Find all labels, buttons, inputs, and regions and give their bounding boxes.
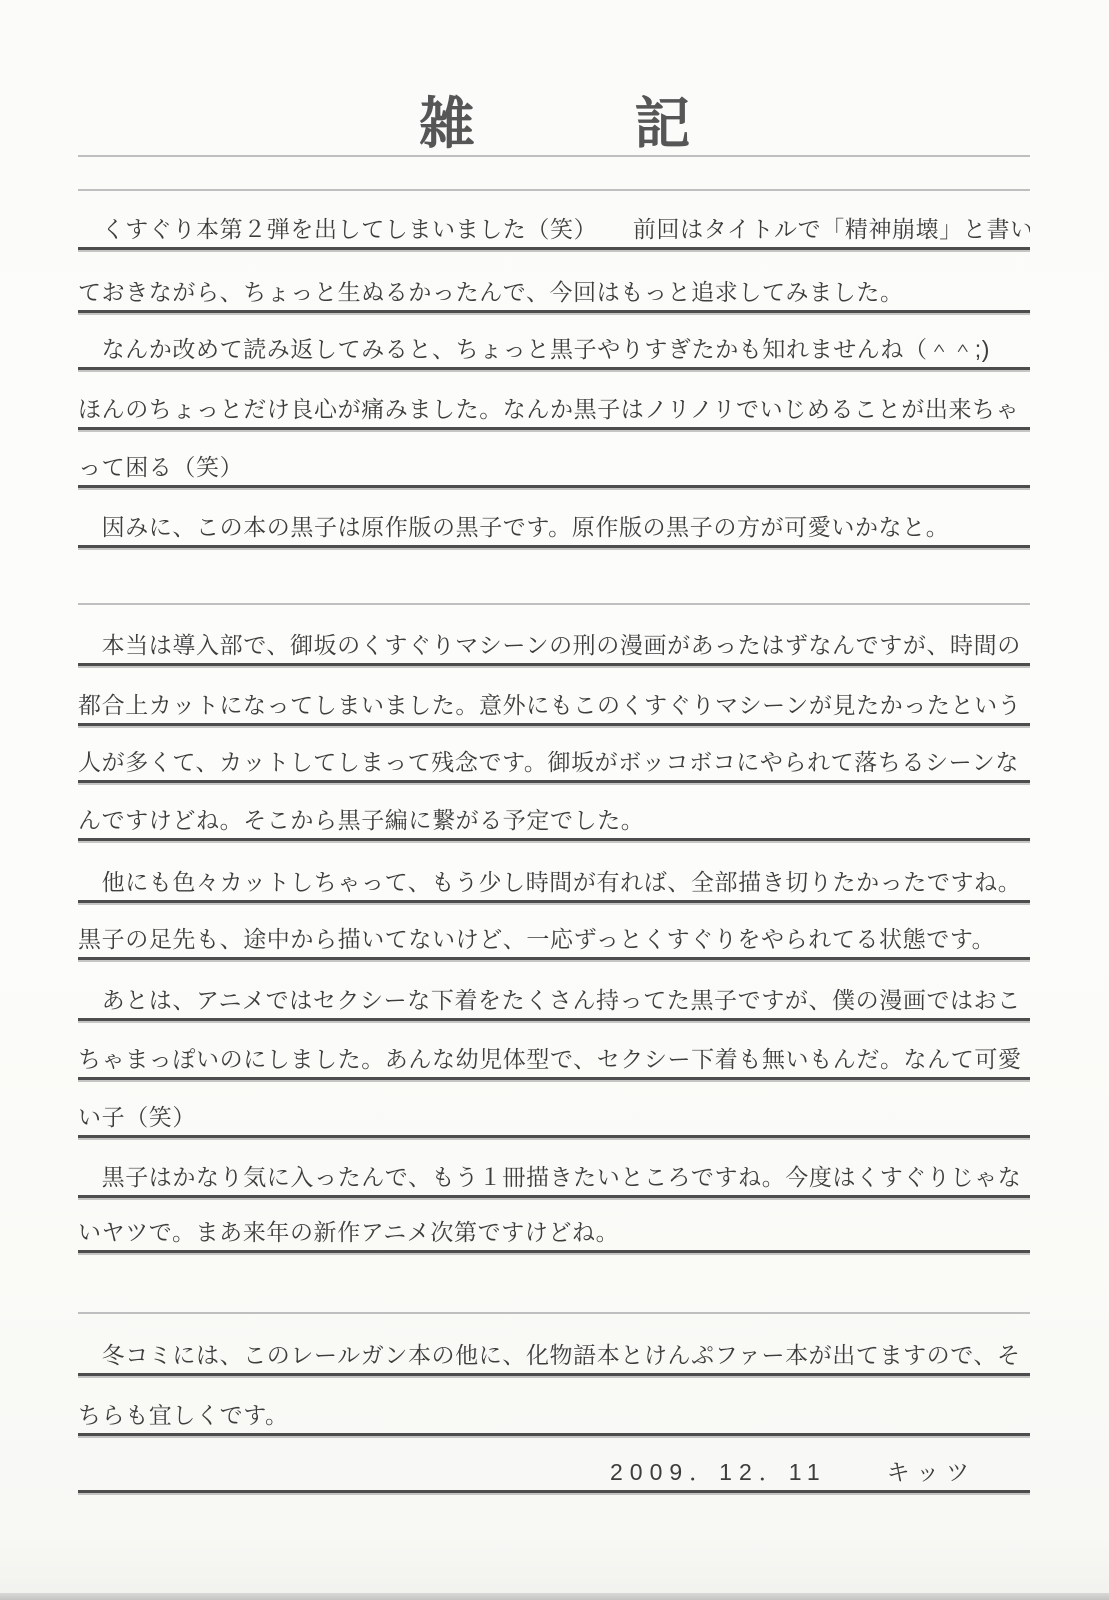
text-line: 人が多くて、カットしてしまって残念です。御坂がボッコボコにやられて落ちるシーンな <box>78 740 1030 783</box>
line-text: 2009．12．11 キッツ <box>78 1458 976 1490</box>
text-line: くすぐり本第２弾を出してしまいました（笑） 前回はタイトルで「精神崩壊」と書い <box>78 207 1030 250</box>
line-text: 都合上カットになってしまいました。意外にもこのくすぐりマシーンが見たかったという <box>78 691 1021 723</box>
line-text: んですけどね。そこから黒子編に繋がる予定でした。 <box>78 806 644 838</box>
text-line: あとは、アニメではセクシーな下着をたくさん持ってた黒子ですが、僕の漫画ではおこ <box>78 978 1030 1021</box>
text-line: 他にも色々カットしちゃって、もう少し時間が有れば、全部描き切りたかったですね。 <box>78 860 1030 903</box>
ruled-line <box>78 1272 1030 1314</box>
line-text: ほんのちょっとだけ良心が痛みました。なんか黒子はノリノリでいじめることが出来ちゃ <box>78 395 1019 427</box>
line-text: なんか改めて読み返してみると、ちょっと黒子やりすぎたかも知れませんね（＾＾;) <box>78 335 990 367</box>
line-text: い子（笑） <box>78 1103 196 1135</box>
text-line: んですけどね。そこから黒子編に繋がる予定でした。 <box>78 798 1030 841</box>
text-line: 都合上カットになってしまいました。意外にもこのくすぐりマシーンが見たかったという <box>78 683 1030 726</box>
line-text: 冬コミには、このレールガン本の他に、化物語本とけんぷファー本が出てますので、そ <box>78 1341 1021 1373</box>
text-line: 因みに、この本の黒子は原作版の黒子です。原作版の黒子の方が可愛いかなと。 <box>78 505 1030 548</box>
text-line: 冬コミには、このレールガン本の他に、化物語本とけんぷファー本が出てますので、そ <box>78 1333 1030 1376</box>
text-line: ちらも宜しくです。 <box>78 1393 1030 1436</box>
line-text: って困る（笑） <box>78 453 243 485</box>
text-line: 本当は導入部で、御坂のくすぐりマシーンの刑の漫画があったはずなんですが、時間の <box>78 623 1030 666</box>
text-line: 黒子はかなり気に入ったんで、もう１冊描きたいところですね。今度はくすぐりじゃな <box>78 1155 1030 1198</box>
text-line: なんか改めて読み返してみると、ちょっと黒子やりすぎたかも知れませんね（＾＾;) <box>78 327 1030 370</box>
text-line: ちゃまっぽいのにしました。あんな幼児体型で、セクシー下着も無いもんだ。なんて可愛 <box>78 1037 1030 1080</box>
line-text: あとは、アニメではセクシーな下着をたくさん持ってた黒子ですが、僕の漫画ではおこ <box>78 986 1021 1018</box>
line-text: 黒子の足先も、途中から描いてないけど、一応ずっとくすぐりをやられてる状態です。 <box>78 925 995 957</box>
line-text: ちらも宜しくです。 <box>78 1401 289 1433</box>
text-line: い子（笑） <box>78 1095 1030 1138</box>
line-text: くすぐり本第２弾を出してしまいました（笑） 前回はタイトルで「精神崩壊」と書い <box>78 215 1030 247</box>
text-line: ほんのちょっとだけ良心が痛みました。なんか黒子はノリノリでいじめることが出来ちゃ <box>78 387 1030 430</box>
text-line: いヤツで。まあ来年の新作アニメ次第ですけどね。 <box>78 1210 1030 1253</box>
line-text: 人が多くて、カットしてしまって残念です。御坂がボッコボコにやられて落ちるシーンな <box>78 748 1019 780</box>
line-text: 他にも色々カットしちゃって、もう少し時間が有れば、全部描き切りたかったですね。 <box>78 868 1021 900</box>
line-text: 黒子はかなり気に入ったんで、もう１冊描きたいところですね。今度はくすぐりじゃな <box>78 1163 1021 1195</box>
ruled-line <box>78 149 1030 191</box>
text-line: って困る（笑） <box>78 445 1030 488</box>
line-text: ておきながら、ちょっと生ぬるかったんで、今回はもっと追求してみました。 <box>78 278 904 310</box>
date-line: 2009．12．11 キッツ <box>78 1450 1030 1493</box>
scanned-afterword-page: 雑記 くすぐり本第２弾を出してしまいました（笑） 前回はタイトルで「精神崩壊」と… <box>0 0 1109 1600</box>
line-text: いヤツで。まあ来年の新作アニメ次第ですけどね。 <box>78 1218 619 1250</box>
text-line: 黒子の足先も、途中から描いてないけど、一応ずっとくすぐりをやられてる状態です。 <box>78 917 1030 960</box>
text-line: ておきながら、ちょっと生ぬるかったんで、今回はもっと追求してみました。 <box>78 270 1030 313</box>
scan-edge <box>0 1593 1109 1600</box>
line-text: 因みに、この本の黒子は原作版の黒子です。原作版の黒子の方が可愛いかなと。 <box>78 513 949 545</box>
line-text: ちゃまっぽいのにしました。あんな幼児体型で、セクシー下着も無いもんだ。なんて可愛 <box>78 1045 1022 1077</box>
ruled-line <box>78 563 1030 605</box>
line-text: 本当は導入部で、御坂のくすぐりマシーンの刑の漫画があったはずなんですが、時間の <box>78 631 1021 663</box>
